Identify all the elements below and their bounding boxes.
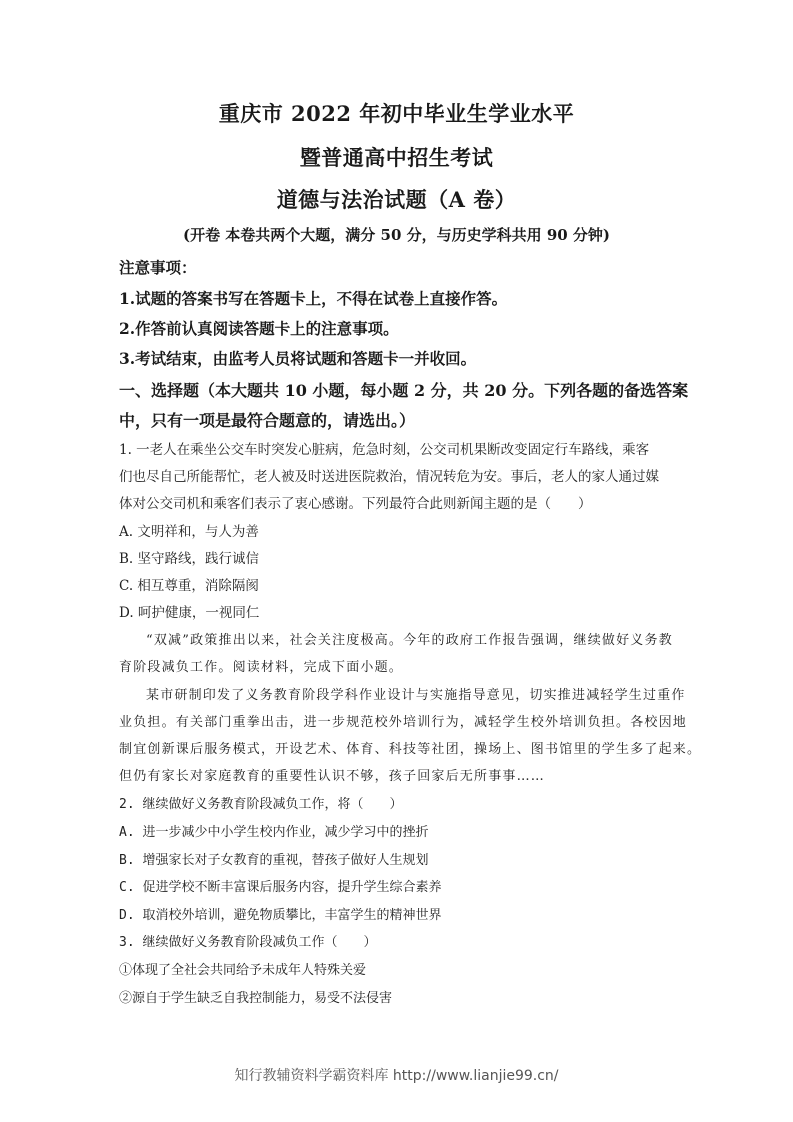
material-line: 制宜创新课后服务模式，开设艺术、体育、科技等社团，操场上、图书馆里的学生多了起来… [119,738,701,757]
q1-option-c: C. 相互尊重，消除隔阂 [119,574,259,594]
section-heading-cont: 中，只有一项是最符合题意的，请选出。） [119,408,415,431]
q1-stem-line: 1. 一老人在乘坐公交车时突发心脏病，危急时刻，公交司机果断改变固定行车路线，乘… [119,438,649,458]
q1-option-d: D. 呵护健康，一视同仁 [119,601,259,621]
q2-option-b: B. 增强家长对子女教育的重视，替孩子做好人生规划 [119,849,428,868]
q2-option-c: C. 促进学校不断丰富课后服务内容，提升学生综合素养 [119,876,441,895]
q2-option-d: D. 取消校外培训，避免物质攀比，丰富学生的精神世界 [119,904,441,923]
q3-item: ②源自于学生缺乏自我控制能力，易受不法侵害 [119,987,392,1006]
q3-stem: 3. 继续做好义务教育阶段减负工作（ ） [119,931,376,950]
title-line-1: 重庆市 2022 年初中毕业生学业水平 [0,98,793,128]
q1-stem-line: 体对公交司机和乘客们表示了衷心感谢。下列最符合此则新闻主题的是（ ） [119,492,592,512]
notice-item: 1.试题的答案书写在答题卡上，不得在试卷上直接作答。 [119,287,507,309]
notice-item: 2.作答前认真阅读答题卡上的注意事项。 [119,317,399,339]
section-heading: 一、选择题（本大题共 10 小题，每小题 2 分，共 20 分。下列各题的备选答… [119,378,688,401]
q1-stem-line: 们也尽自己所能帮忙，老人被及时送进医院救治，情况转危为安。事后，老人的家人通过媒 [119,465,659,485]
title-line-2: 暨普通高中招生考试 [0,142,793,172]
material-line: 某市研制印发了义务教育阶段学科作业设计与实施指导意见，切实推进减轻学生过重作 [146,684,686,703]
q2-stem: 2. 继续做好义务教育阶段减负工作，将（ ） [119,793,402,812]
footer-watermark: 知行教辅资料学霸资料库 http://www.lianjie99.cn/ [0,1065,793,1085]
material-line: 但仍有家长对家庭教育的重要性认识不够，孩子回家后无所事事…… [119,765,545,784]
notice-item: 3.考试结束，由监考人员将试题和答题卡一并收回。 [119,347,476,369]
q2-option-a: A. 进一步减少中小学生校内作业，减少学习中的挫折 [119,821,428,840]
q1-option-b: B. 坚守路线，践行诚信 [119,547,259,567]
q3-item: ①体现了全社会共同给予未成年人特殊关爱 [119,959,366,978]
intro-line: “双减”政策推出以来，社会关注度极高。今年的政府工作报告强调，继续做好义务教 [146,629,673,648]
exam-subtitle: (开卷 本卷共两个大题，满分 50 分，与历史学科共用 90 分钟) [0,224,793,245]
title-line-3: 道德与法治试题（A 卷） [0,184,793,214]
q1-option-a: A. 文明祥和，与人为善 [119,520,259,540]
intro-line: 育阶段减负工作。阅读材料，完成下面小题。 [119,656,403,675]
notice-heading: 注意事项： [119,256,197,278]
material-line: 业负担。有关部门重拳出击，进一步规范校外培训行为，减轻学生校外培训负担。各校因地 [119,711,687,730]
